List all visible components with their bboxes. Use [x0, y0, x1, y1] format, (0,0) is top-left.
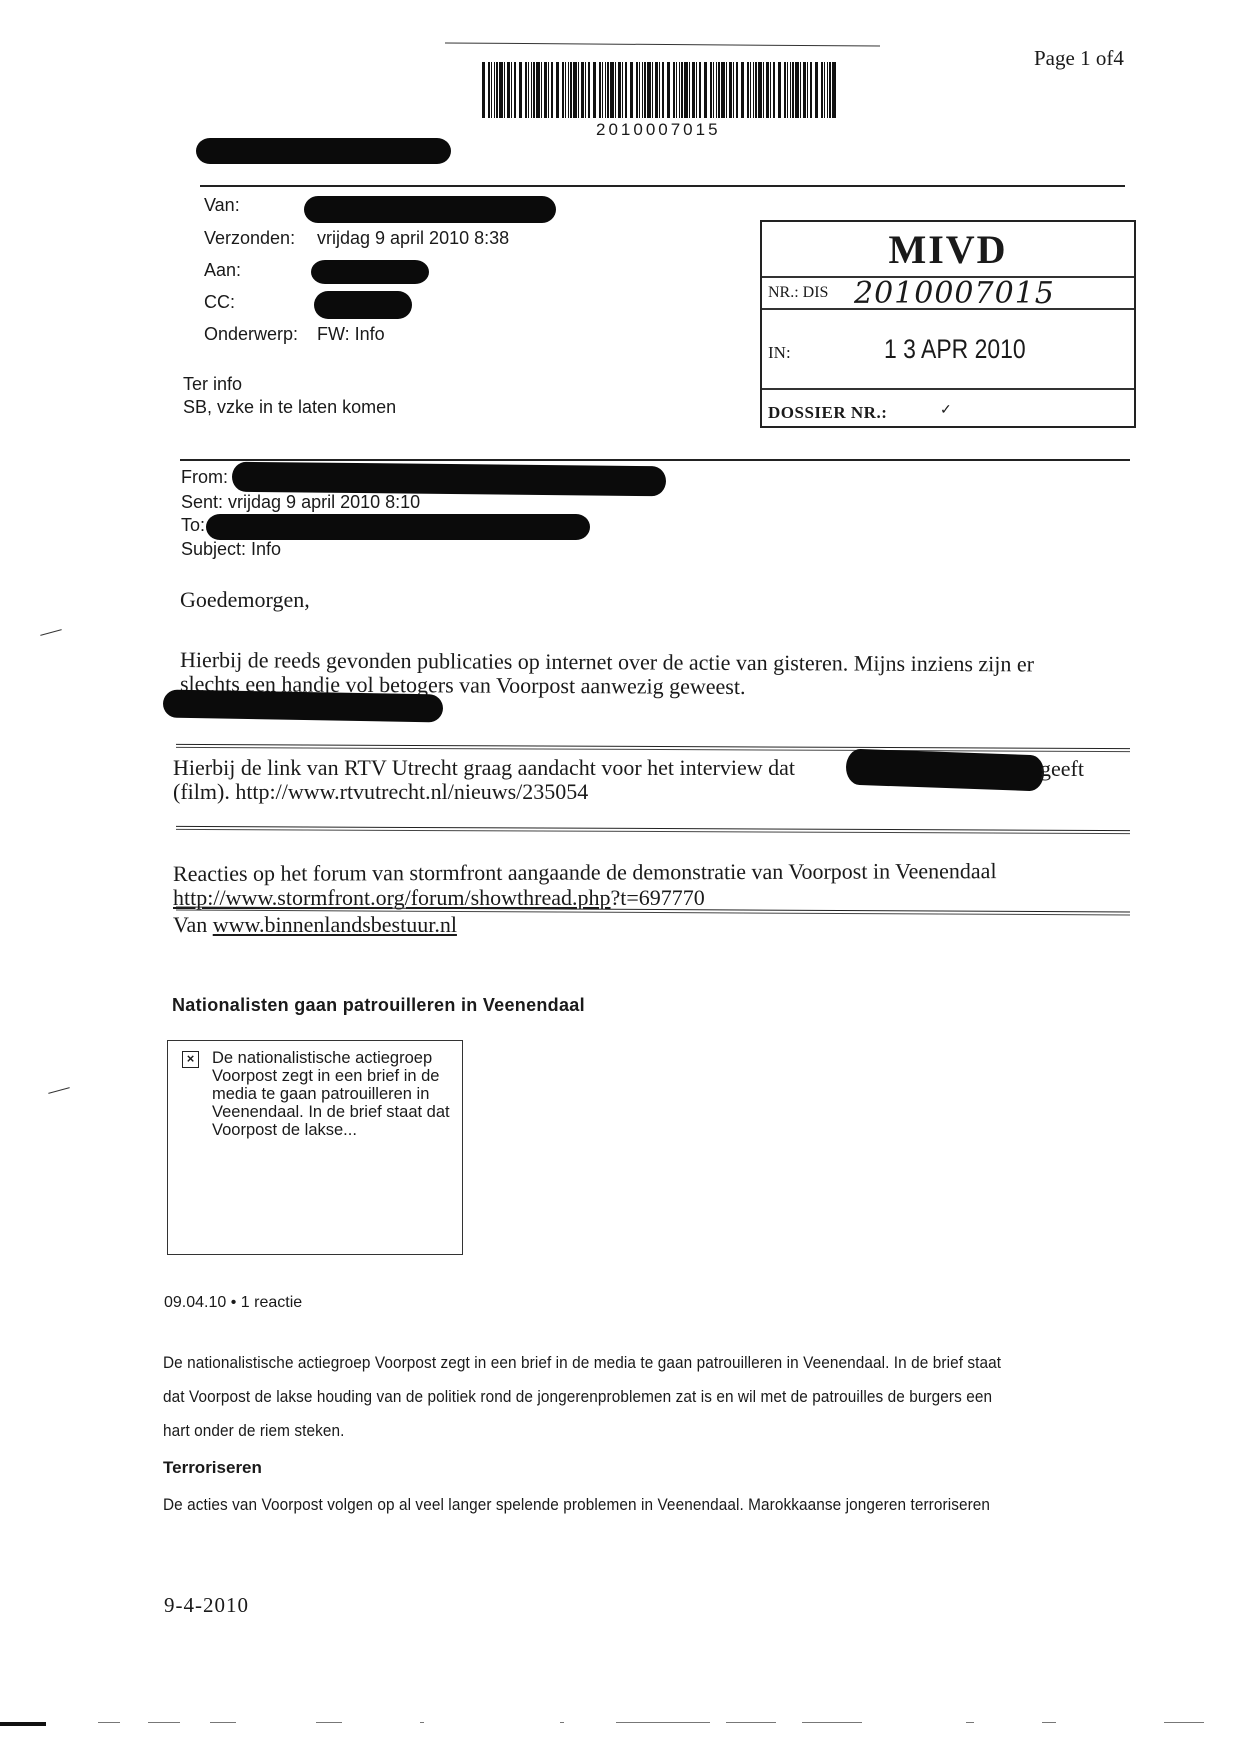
- barcode-bar: [790, 62, 791, 118]
- scan-mark: [0, 1722, 46, 1726]
- rtv-line-1-text: Hierbij de link van RTV Utrecht graag aa…: [173, 755, 795, 780]
- redaction-interviewee: [845, 749, 1044, 792]
- broken-image-icon: ×: [182, 1051, 199, 1068]
- barcode-bar: [625, 62, 627, 118]
- barcode-bar: [807, 62, 808, 118]
- page-number: Page 1 of4: [1034, 46, 1124, 71]
- barcode-bar: [679, 62, 680, 118]
- barcode-bar: [533, 62, 535, 118]
- barcode-bar: [525, 62, 527, 118]
- barcode-bar: [536, 62, 540, 118]
- barcode-bar: [696, 62, 697, 118]
- subject-line: Subject: Info: [181, 539, 281, 560]
- barcode-bar: [610, 62, 614, 118]
- barcode-bar: [659, 62, 660, 118]
- barcode-bar: [704, 62, 707, 118]
- rtv-line-1: Hierbij de link van RTV Utrecht graag aa…: [173, 756, 795, 780]
- barcode-bar: [541, 62, 542, 118]
- barcode-bar: [630, 62, 633, 118]
- barcode-bar: [504, 62, 505, 118]
- scan-dash: [98, 1722, 120, 1723]
- barcode-bar: [684, 62, 688, 118]
- barcode-bar: [718, 62, 720, 118]
- barcode-bar: [581, 62, 584, 118]
- stamp-in-value: 1 3 APR 2010: [884, 334, 1026, 365]
- barcode-bar: [821, 62, 823, 118]
- barcode-bar: [792, 62, 794, 118]
- barcode-bar: [548, 62, 549, 118]
- barcode-bar: [726, 62, 727, 118]
- footer-date: 9-4-2010: [164, 1593, 249, 1618]
- barcode-bar: [605, 62, 606, 118]
- barcode-bar: [721, 62, 725, 118]
- barcode-bar: [570, 62, 572, 118]
- barcode-bar: [494, 62, 495, 118]
- barcode-bar: [763, 62, 764, 118]
- barcode-bar: [729, 62, 732, 118]
- redaction-to: [206, 514, 590, 540]
- source-line: Van www.binnenlandsbestuur.nl: [173, 913, 457, 937]
- from-label: From:: [181, 467, 228, 488]
- rtv-rule-top: [176, 744, 1130, 752]
- barcode-bar: [652, 62, 653, 118]
- barcode-bar: [810, 62, 812, 118]
- scan-dash: [616, 1722, 710, 1723]
- mivd-stamp: MIVD NR.: DIS 2010007015 IN: 1 3 APR 201…: [760, 220, 1136, 428]
- note-line-2: SB, vzke in te laten komen: [183, 397, 396, 418]
- barcode-bar: [565, 62, 566, 118]
- barcode-bar: [593, 62, 596, 118]
- note-line-1: Ter info: [183, 374, 242, 395]
- scan-dash: [210, 1722, 236, 1723]
- barcode-bar: [787, 62, 788, 118]
- barcode-bar: [673, 62, 675, 118]
- barcode-bar: [795, 62, 799, 118]
- barcode-bar: [551, 62, 553, 118]
- barcode-bar: [573, 62, 577, 118]
- redaction-signature: [163, 690, 443, 723]
- barcode-bar: [615, 62, 616, 118]
- barcode-bar: [556, 62, 559, 118]
- scan-dash: [560, 1722, 564, 1723]
- barcode-bar: [511, 62, 512, 118]
- barcode-number: 2010007015: [596, 120, 721, 140]
- barcode-bar: [692, 62, 695, 118]
- barcode-bar: [667, 62, 670, 118]
- barcode-bar: [514, 62, 516, 118]
- stamp-in-label: IN:: [768, 343, 791, 363]
- barcode-bar: [568, 62, 569, 118]
- original-header-rule: [180, 459, 1130, 461]
- forum-link-query[interactable]: ?t=697770: [611, 885, 705, 910]
- scan-dash: [148, 1722, 180, 1723]
- scan-dash: [316, 1722, 342, 1723]
- stamp-dossier-label: DOSSIER NR.:: [768, 403, 887, 423]
- barcode-bar: [507, 62, 510, 118]
- barcode-bar: [753, 62, 754, 118]
- rtv-line-1-end: geeft: [1040, 757, 1084, 781]
- barcode-bar: [602, 62, 603, 118]
- barcode-bar: [829, 62, 831, 118]
- check-icon: ✓: [940, 402, 952, 419]
- barcode-bar: [585, 62, 586, 118]
- article-body-line-1: De nationalistische actiegroep Voorpost …: [163, 1346, 1001, 1380]
- barcode-bar: [758, 62, 762, 118]
- barcode-bar: [815, 62, 818, 118]
- source-prefix: Van: [173, 912, 213, 937]
- barcode-bar: [655, 62, 658, 118]
- barcode-bar: [832, 62, 836, 118]
- barcode-bar: [562, 62, 564, 118]
- forum-line: Reacties op het forum van stormfront aan…: [173, 859, 997, 886]
- barcode-bar: [544, 62, 547, 118]
- barcode: [482, 62, 842, 118]
- barcode-bar: [710, 62, 712, 118]
- article-image-placeholder: × De nationalistische actiegroep Voorpos…: [167, 1040, 463, 1255]
- barcode-bar: [750, 62, 751, 118]
- field-label-van: Van:: [204, 195, 240, 216]
- stamp-nr-label: NR.: DIS: [768, 284, 828, 302]
- scan-dash: [802, 1722, 862, 1723]
- barcode-bar: [491, 62, 492, 118]
- barcode-bar: [607, 62, 609, 118]
- article-title: Nationalisten gaan patrouilleren in Veen…: [172, 995, 585, 1016]
- barcode-bar: [713, 62, 714, 118]
- barcode-bar: [733, 62, 734, 118]
- barcode-bar: [827, 62, 828, 118]
- field-value-onderwerp: FW: Info: [317, 324, 385, 345]
- redaction-van: [304, 196, 556, 223]
- to-label: To:: [181, 515, 205, 536]
- barcode-bar: [639, 62, 640, 118]
- barcode-bar: [784, 62, 786, 118]
- field-label-onderwerp: Onderwerp:: [204, 324, 298, 345]
- article-body-line-3: hart onder de riem steken.: [163, 1414, 345, 1448]
- barcode-bar: [766, 62, 769, 118]
- barcode-bar: [824, 62, 825, 118]
- barcode-bar: [519, 62, 522, 118]
- scan-line: [445, 42, 880, 46]
- source-link[interactable]: www.binnenlandsbestuur.nl: [213, 912, 457, 937]
- barcode-bar: [644, 62, 646, 118]
- redaction-aan: [311, 260, 429, 284]
- barcode-bar: [681, 62, 683, 118]
- barcode-bar: [618, 62, 621, 118]
- barcode-bar: [699, 62, 701, 118]
- field-label-aan: Aan:: [204, 260, 241, 281]
- redaction-cc: [314, 291, 412, 319]
- barcode-bar: [716, 62, 717, 118]
- section-heading: Terroriseren: [163, 1458, 262, 1478]
- barcode-bar: [747, 62, 749, 118]
- greeting: Goedemorgen,: [180, 588, 310, 612]
- barcode-bar: [736, 62, 738, 118]
- barcode-bar: [800, 62, 801, 118]
- scan-dash: [966, 1722, 974, 1723]
- barcode-bar: [531, 62, 532, 118]
- barcode-bar: [647, 62, 651, 118]
- barcode-bar: [599, 62, 601, 118]
- field-label-verzonden: Verzonden:: [204, 228, 295, 249]
- sent-line: Sent: vrijdag 9 april 2010 8:10: [181, 492, 420, 513]
- barcode-bar: [755, 62, 757, 118]
- barcode-bar: [741, 62, 744, 118]
- barcode-bar: [803, 62, 806, 118]
- stamp-nr-value: 2010007015: [854, 276, 1055, 311]
- barcode-bar: [636, 62, 638, 118]
- scan-dash: [1042, 1722, 1056, 1723]
- rtv-link-line[interactable]: (film). http://www.rtvutrecht.nl/nieuws/…: [173, 780, 588, 804]
- barcode-bar: [778, 62, 781, 118]
- article-body-line-2: dat Voorpost de lakse houding van de pol…: [163, 1380, 992, 1414]
- scan-dash: [1164, 1722, 1204, 1723]
- stamp-title: MIVD: [762, 226, 1134, 273]
- barcode-bar: [689, 62, 690, 118]
- barcode-bar: [622, 62, 623, 118]
- section-body-line-1: De acties van Voorpost volgen op al veel…: [163, 1488, 990, 1522]
- header-rule: [200, 185, 1125, 187]
- barcode-bar: [482, 62, 485, 118]
- scan-mark: [48, 1087, 70, 1094]
- field-label-cc: CC:: [204, 292, 235, 313]
- barcode-bar: [588, 62, 590, 118]
- barcode-bar: [496, 62, 498, 118]
- scan-mark: [40, 629, 62, 636]
- scan-dash: [726, 1722, 776, 1723]
- scan-dash: [420, 1722, 424, 1723]
- barcode-bar: [773, 62, 775, 118]
- barcode-bar: [662, 62, 664, 118]
- barcode-bar: [676, 62, 677, 118]
- image-caption: De nationalistische actiegroep Voorpost …: [212, 1049, 452, 1139]
- article-meta: 09.04.10 • 1 reactie: [164, 1294, 302, 1312]
- barcode-bar: [488, 62, 490, 118]
- barcode-bar: [642, 62, 643, 118]
- barcode-bar: [578, 62, 579, 118]
- field-value-verzonden: vrijdag 9 april 2010 8:38: [317, 228, 509, 249]
- barcode-bar: [770, 62, 771, 118]
- barcode-bar: [528, 62, 529, 118]
- rtv-rule-bottom: [176, 826, 1130, 834]
- barcode-bar: [499, 62, 503, 118]
- redaction: [196, 138, 451, 164]
